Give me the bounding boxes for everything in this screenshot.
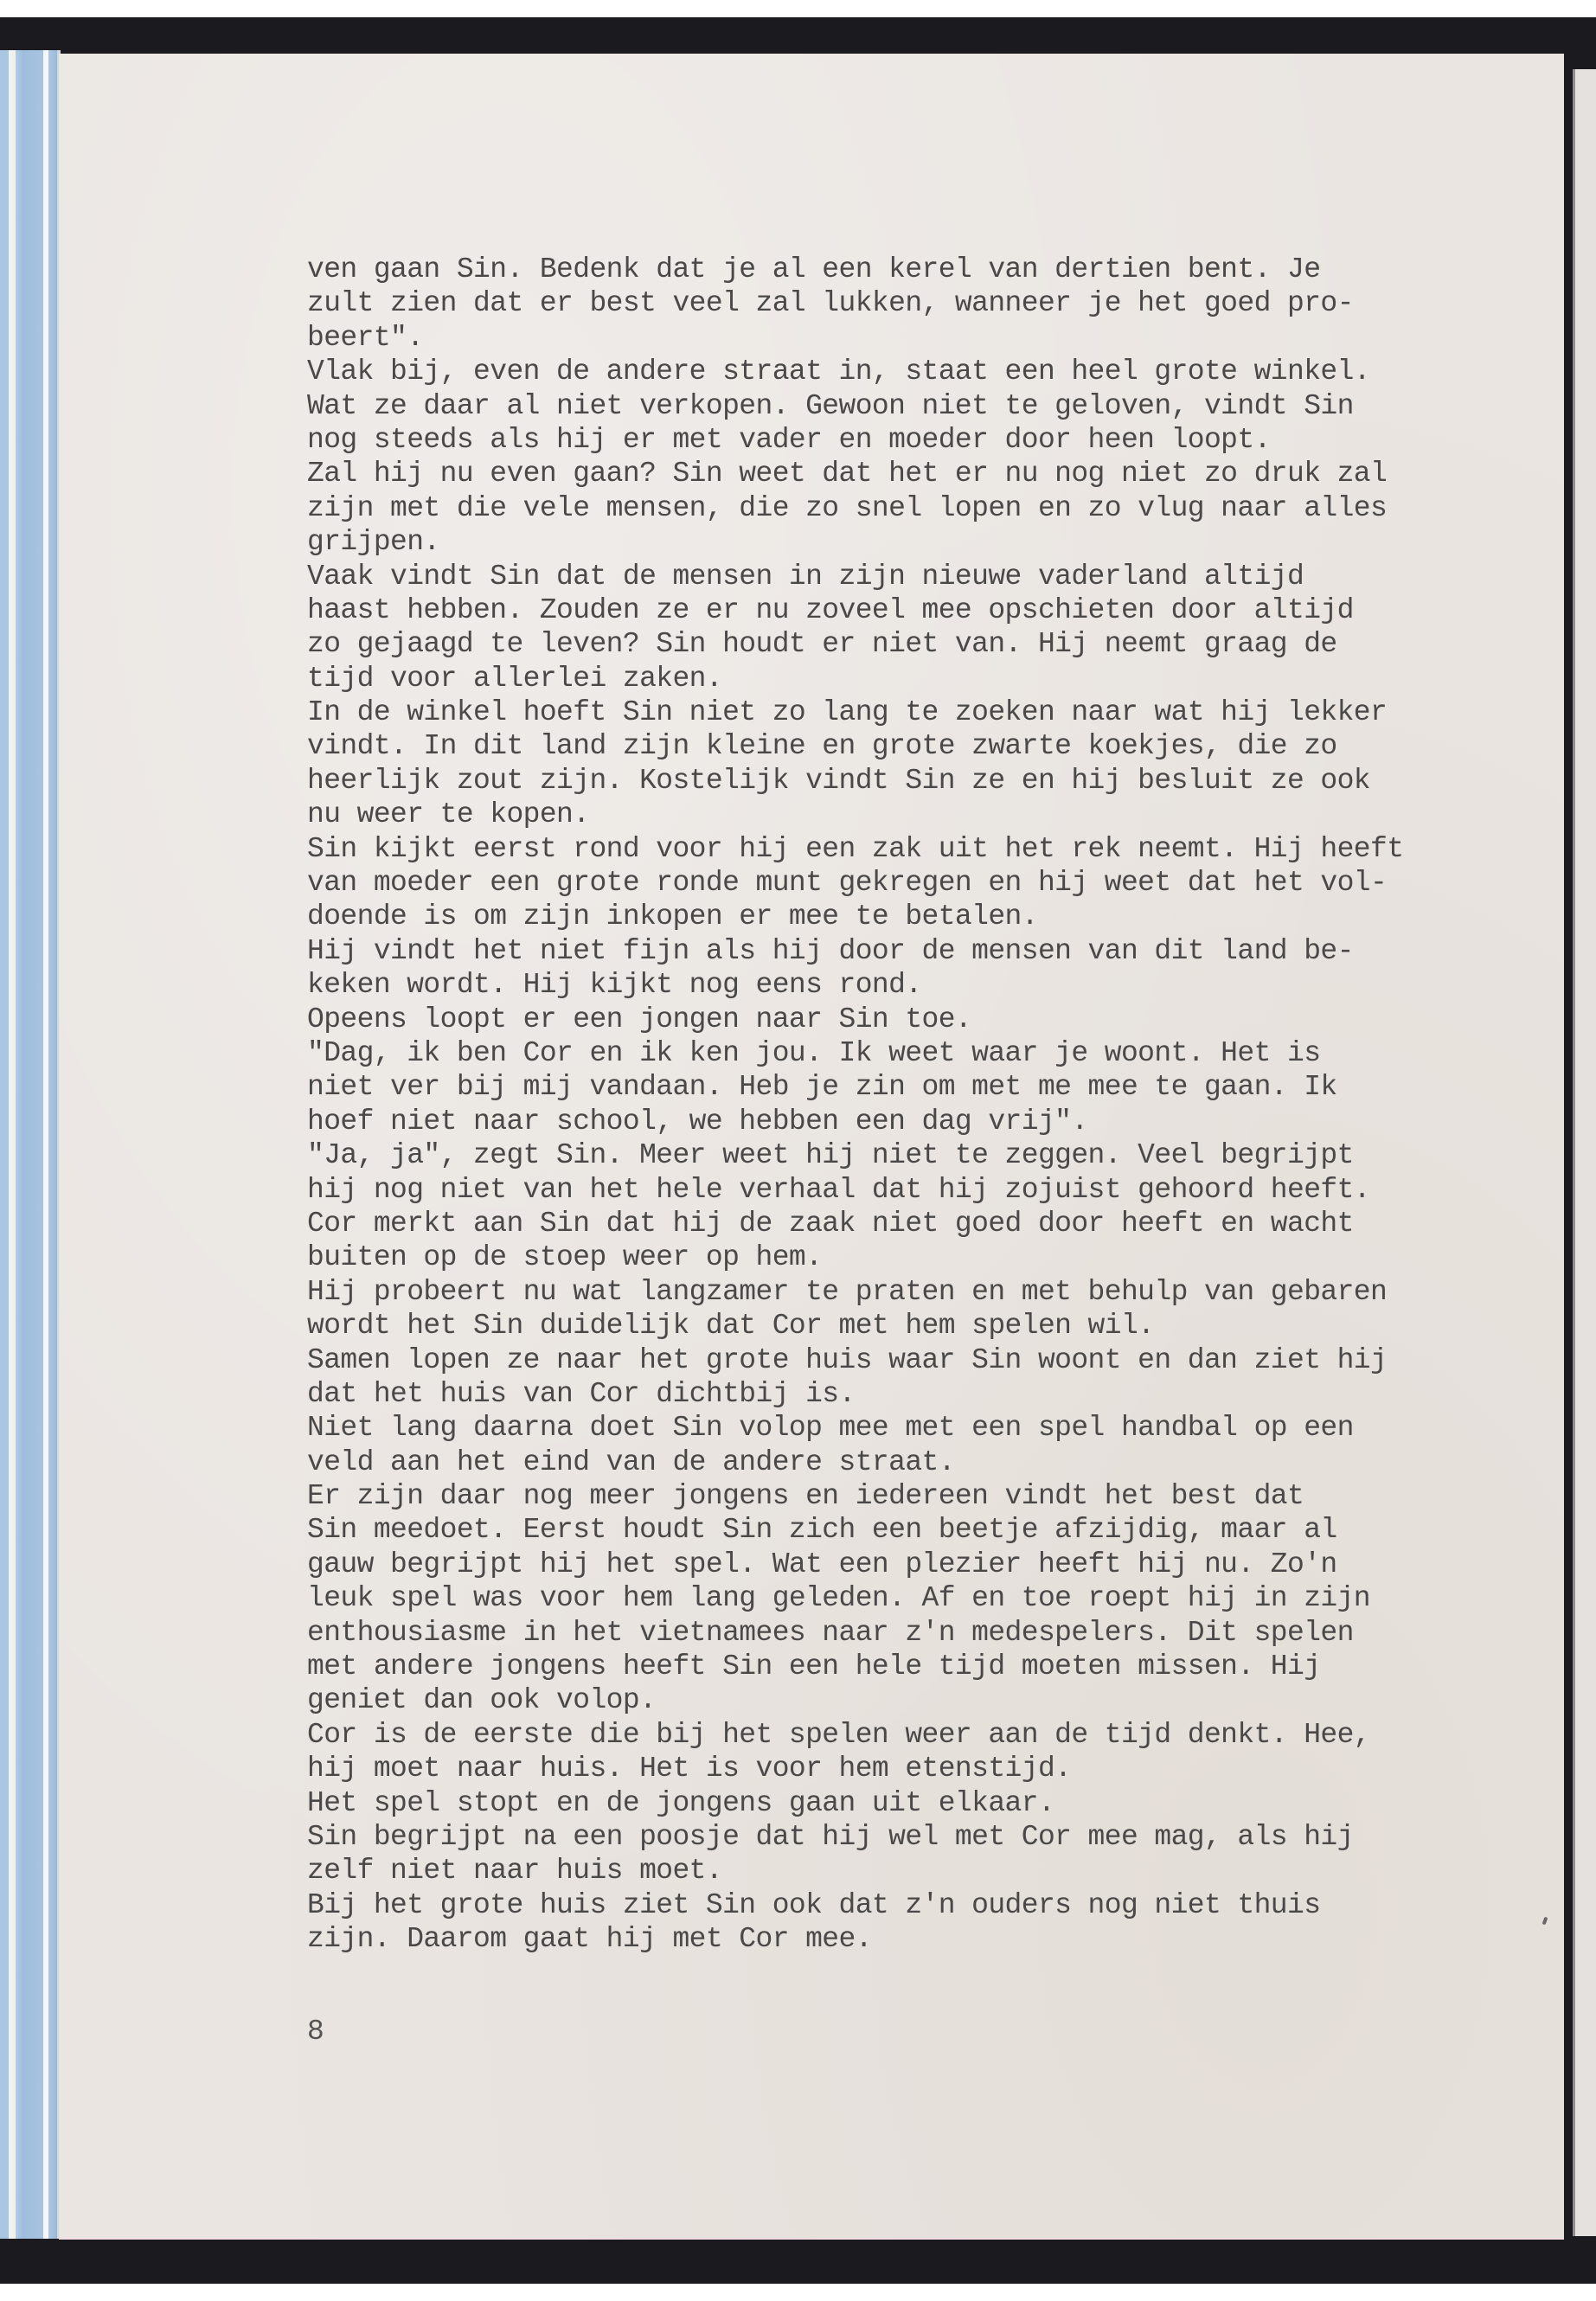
next-page-edge — [1573, 69, 1596, 2236]
text-line: tijd voor allerlei zaken. — [307, 662, 1518, 695]
text-line: Hij vindt het niet fijn als hij door de … — [307, 934, 1518, 968]
text-line: enthousiasme in het vietnamees naar z'n … — [307, 1616, 1518, 1650]
text-line: beert". — [307, 321, 1518, 355]
text-line: van moeder een grote ronde munt gekregen… — [307, 866, 1518, 900]
text-line: Samen lopen ze naar het grote huis waar … — [307, 1343, 1518, 1377]
text-line: Wat ze daar al niet verkopen. Gewoon nie… — [307, 389, 1518, 423]
text-line: Niet lang daarna doet Sin volop mee met … — [307, 1411, 1518, 1445]
text-line: doende is om zijn inkopen er mee te beta… — [307, 900, 1518, 933]
text-line: "Dag, ik ben Cor en ik ken jou. Ik weet … — [307, 1036, 1518, 1070]
text-line: haast hebben. Zouden ze er nu zoveel mee… — [307, 593, 1518, 627]
text-line: ven gaan Sin. Bedenk dat je al een kerel… — [307, 253, 1518, 286]
text-line: dat het huis van Cor dichtbij is. — [307, 1377, 1518, 1411]
text-line: zijn met die vele mensen, die zo snel lo… — [307, 491, 1518, 525]
text-line: zijn. Daarom gaat hij met Cor mee. — [307, 1922, 1518, 1956]
text-line: Zal hij nu even gaan? Sin weet dat het e… — [307, 457, 1518, 490]
text-line: Hij probeert nu wat langzamer te praten … — [307, 1275, 1518, 1309]
text-line: buiten op de stoep weer op hem. — [307, 1240, 1518, 1274]
text-line: nu weer te kopen. — [307, 798, 1518, 831]
text-line: Sin kijkt eerst rond voor hij een zak ui… — [307, 832, 1518, 866]
text-line: nog steeds als hij er met vader en moede… — [307, 423, 1518, 457]
text-line: zelf niet naar huis moet. — [307, 1854, 1518, 1888]
text-line: Vlak bij, even de andere straat in, staa… — [307, 355, 1518, 388]
text-line: niet ver bij mij vandaan. Heb je zin om … — [307, 1070, 1518, 1104]
text-line: Sin meedoet. Eerst houdt Sin zich een be… — [307, 1513, 1518, 1547]
text-line: In de winkel hoeft Sin niet zo lang te z… — [307, 695, 1518, 729]
book-binding-strips — [0, 50, 61, 2239]
text-line: vindt. In dit land zijn kleine en grote … — [307, 729, 1518, 763]
text-line: veld aan het eind van de andere straat. — [307, 1445, 1518, 1479]
text-line: hoef niet naar school, we hebben een dag… — [307, 1105, 1518, 1138]
text-line: leuk spel was voor hem lang geleden. Af … — [307, 1581, 1518, 1615]
text-line: Cor is de eerste die bij het spelen weer… — [307, 1718, 1518, 1752]
text-line: hij moet naar huis. Het is voor hem eten… — [307, 1752, 1518, 1785]
text-line: keken wordt. Hij kijkt nog eens rond. — [307, 968, 1518, 1002]
text-line: Opeens loopt er een jongen naar Sin toe. — [307, 1003, 1518, 1036]
text-line: zult zien dat er best veel zal lukken, w… — [307, 286, 1518, 320]
text-line: geniet dan ook volop. — [307, 1683, 1518, 1717]
text-line: Sin begrijpt na een poosje dat hij wel m… — [307, 1820, 1518, 1854]
text-line: Er zijn daar nog meer jongens en iederee… — [307, 1479, 1518, 1513]
text-line: Vaak vindt Sin dat de mensen in zijn nie… — [307, 560, 1518, 593]
text-line: wordt het Sin duidelijk dat Cor met hem … — [307, 1309, 1518, 1343]
text-line: gauw begrijpt hij het spel. Wat een plez… — [307, 1548, 1518, 1581]
text-line: hij nog niet van het hele verhaal dat hi… — [307, 1173, 1518, 1207]
body-text: ven gaan Sin. Bedenk dat je al een kerel… — [307, 253, 1518, 1957]
text-line: Het spel stopt en de jongens gaan uit el… — [307, 1786, 1518, 1820]
text-line: zo gejaagd te leven? Sin houdt er niet v… — [307, 627, 1518, 661]
text-line: heerlijk zout zijn. Kostelijk vindt Sin … — [307, 764, 1518, 798]
text-line: Bij het grote huis ziet Sin ook dat z'n … — [307, 1888, 1518, 1922]
text-line: "Ja, ja", zegt Sin. Meer weet hij niet t… — [307, 1138, 1518, 1172]
text-line: met andere jongens heeft Sin een hele ti… — [307, 1650, 1518, 1683]
text-line: Cor merkt aan Sin dat hij de zaak niet g… — [307, 1207, 1518, 1240]
page-number: 8 — [307, 2016, 324, 2048]
text-line: grijpen. — [307, 525, 1518, 559]
